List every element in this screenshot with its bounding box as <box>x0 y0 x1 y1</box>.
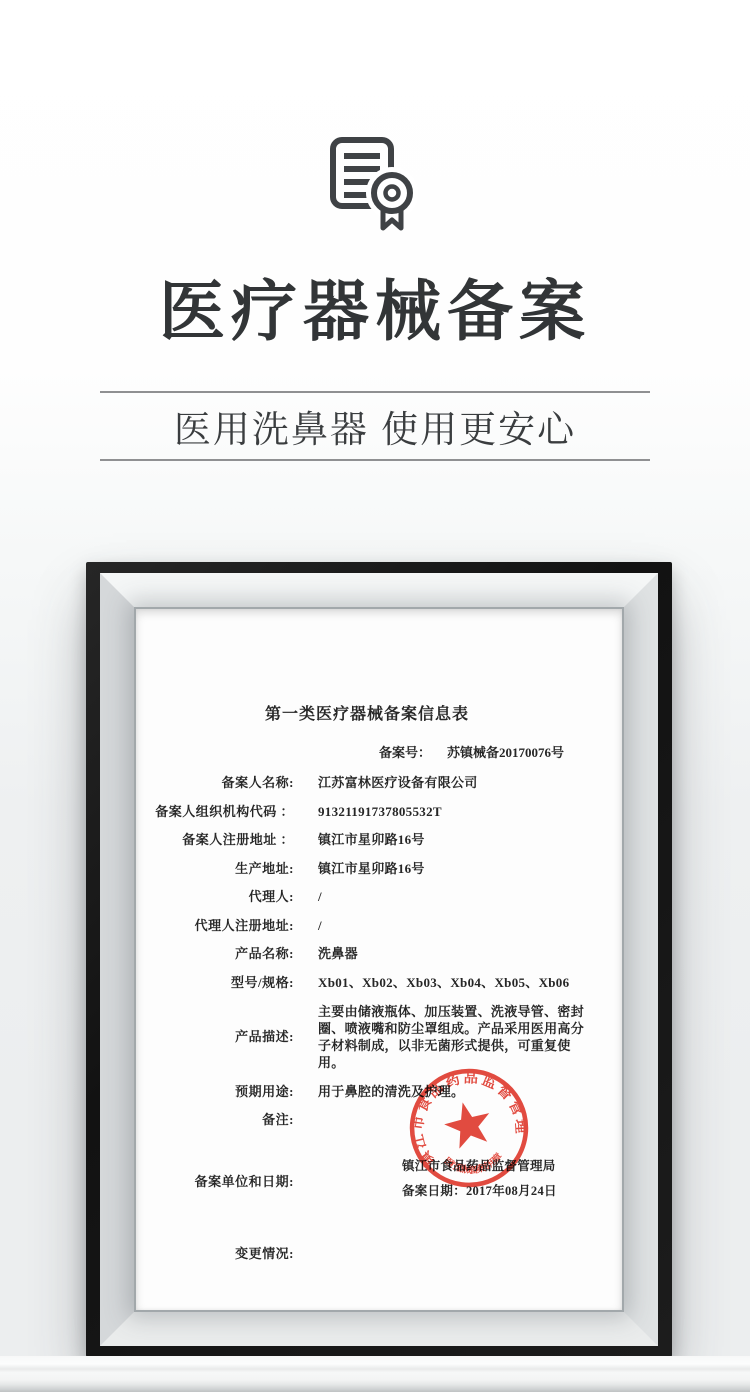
field-label: 型号/规格: <box>142 975 294 991</box>
record-number-label: 备案号： <box>379 745 431 760</box>
field-value: Xb01、Xb02、Xb03、Xb04、Xb05、Xb06 <box>318 975 592 991</box>
field-label: 备案人组织机构代码 ： <box>142 804 294 820</box>
cert-field-row: 备案人注册地址 ：镇江市星卯路16号 <box>142 832 592 848</box>
cert-field-row: 型号/规格:Xb01、Xb02、Xb03、Xb04、Xb05、Xb06 <box>142 975 592 991</box>
certificate-fields: 备案人名称:江苏富林医疗设备有限公司备案人组织机构代码 ：91321191737… <box>142 775 592 1262</box>
cert-field-row: 变更情况: <box>142 1246 592 1262</box>
page-subtitle: 医用洗鼻器 使用更安心 <box>174 399 576 453</box>
subtitle-band: 医用洗鼻器 使用更安心 <box>100 391 650 461</box>
record-number-line: 备案号：苏镇械备20170076号 <box>142 745 592 761</box>
field-label: 预期用途: <box>142 1084 294 1100</box>
certificate-paper: 第一类医疗器械备案信息表 备案号：苏镇械备20170076号 备案人名称:江苏富… <box>136 609 622 1310</box>
table-surface <box>0 1356 750 1392</box>
page-title: 医疗器械备案 <box>0 272 750 350</box>
certificate-icon <box>328 136 422 237</box>
field-label: 生产地址: <box>142 861 294 877</box>
certificate-frame: 第一类医疗器械备案信息表 备案号：苏镇械备20170076号 备案人名称:江苏富… <box>86 562 672 1357</box>
cert-field-row: 生产地址:镇江市星卯路16号 <box>142 861 592 877</box>
field-label: 代理人: <box>142 889 294 905</box>
field-label: 代理人注册地址: <box>142 918 294 934</box>
cert-field-row: 代理人注册地址:/ <box>142 918 592 934</box>
field-label: 备案人注册地址 ： <box>142 832 294 848</box>
cert-field-row: 产品描述:主要由储液瓶体、加压装置、洗液导管、密封圈、喷液嘴和防尘罩组成。产品采… <box>142 1003 592 1071</box>
field-label: 备注: <box>142 1112 294 1128</box>
field-value: / <box>318 918 592 934</box>
field-label: 备案单位和日期: <box>142 1174 294 1190</box>
certificate-icon-svg <box>328 136 422 232</box>
cert-field-row: 备案人名称:江苏富林医疗设备有限公司 <box>142 775 592 791</box>
record-number-value: 苏镇械备20170076号 <box>447 745 564 760</box>
cert-field-row: 代理人:/ <box>142 889 592 905</box>
field-value: 镇江市星卯路16号 <box>318 832 592 848</box>
cert-field-row: 备案人组织机构代码 ：91321191737805532T <box>142 804 592 820</box>
stamp-star <box>440 1097 496 1151</box>
field-value: / <box>318 889 592 905</box>
field-label: 变更情况: <box>142 1246 294 1262</box>
field-label: 产品名称: <box>142 946 294 962</box>
field-value: 91321191737805532T <box>318 804 592 820</box>
field-value: 镇江市星卯路16号 <box>318 861 592 877</box>
field-value: 主要由储液瓶体、加压装置、洗液导管、密封圈、喷液嘴和防尘罩组成。产品采用医用高分… <box>318 1003 592 1071</box>
field-value: 洗鼻器 <box>318 946 592 962</box>
frame-mat: 第一类医疗器械备案信息表 备案号：苏镇械备20170076号 备案人名称:江苏富… <box>100 573 658 1346</box>
certificate-title: 第一类医疗器械备案信息表 <box>142 705 592 725</box>
cert-field-row: 产品名称:洗鼻器 <box>142 946 592 962</box>
field-value: 江苏富林医疗设备有限公司 <box>318 775 592 791</box>
promo-page: 医疗器械备案 医用洗鼻器 使用更安心 第一类医疗器械备案信息表 备案号：苏镇械备… <box>0 0 750 1392</box>
field-label: 备案人名称: <box>142 775 294 791</box>
cert-field-row: 预期用途:用于鼻腔的清洗及护理。 <box>142 1084 592 1100</box>
field-label: 产品描述: <box>142 1029 294 1045</box>
